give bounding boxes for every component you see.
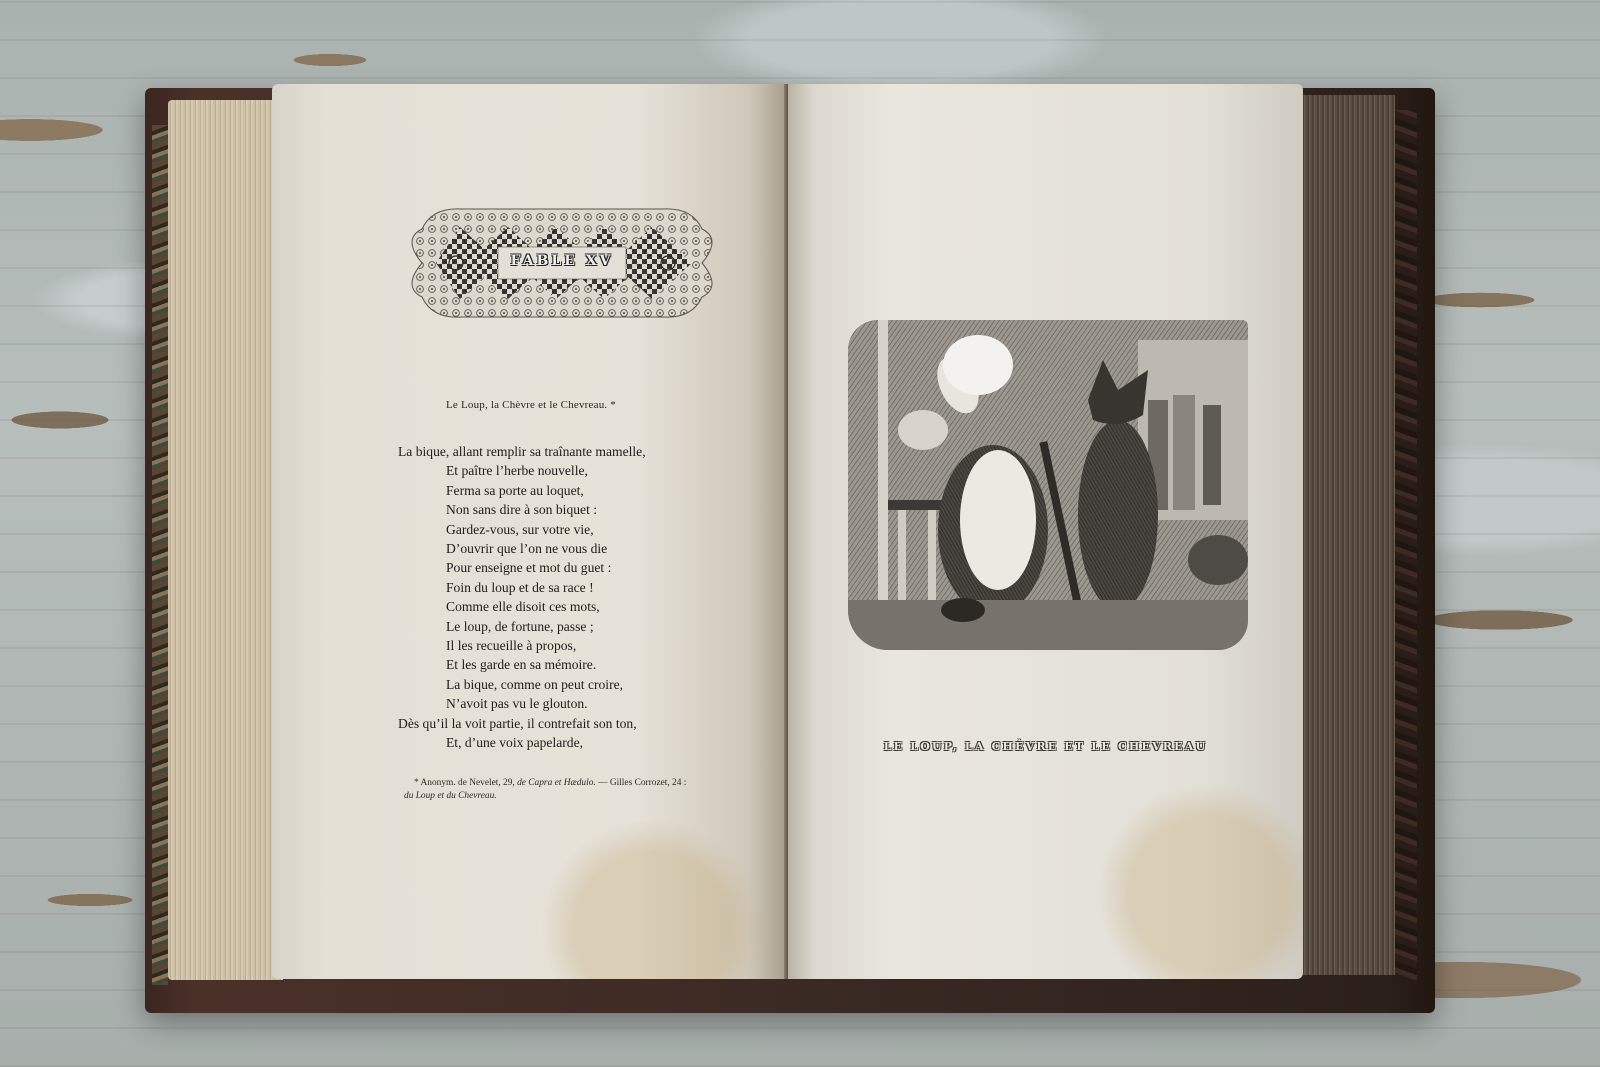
illustration-caption: LE LOUP, LA CHÈVRE ET LE CHEVREAU bbox=[788, 740, 1303, 753]
right-page: LE LOUP, LA CHÈVRE ET LE CHEVREAU bbox=[788, 84, 1303, 979]
poem-line: Ferma sa porte au loquet, bbox=[398, 481, 778, 500]
fable-title: FABLE XV bbox=[402, 253, 722, 269]
poem-line: D’ouvrir que l’on ne vous die bbox=[398, 539, 778, 558]
poem-line: Comme elle disoit ces mots, bbox=[398, 597, 778, 616]
left-page: FABLE XV Le Loup, la Chèvre et le Chevre… bbox=[272, 84, 790, 979]
footnote-italic: du Loup et du Chevreau. bbox=[404, 791, 497, 801]
page-stack-right bbox=[1300, 95, 1395, 975]
poem-line: Gardez-vous, sur votre vie, bbox=[398, 520, 778, 539]
poem-line: Dès qu’il la voit partie, il contrefait … bbox=[398, 714, 778, 733]
page-stack-left bbox=[168, 100, 283, 980]
marbled-edge-left bbox=[152, 125, 168, 985]
footnote-text: * Anonym. de Nevelet, 29, bbox=[414, 778, 517, 788]
poem-line: Non sans dire à son biquet : bbox=[398, 500, 778, 519]
poem-line: Et, d’une voix papelarde, bbox=[398, 733, 778, 752]
footnote-italic: de Capra et Hædulo. bbox=[517, 778, 596, 788]
poem-line: Pour enseigne et mot du guet : bbox=[398, 558, 778, 577]
poem-line: La bique, allant remplir sa traînante ma… bbox=[398, 442, 778, 461]
poem-text: La bique, allant remplir sa traînante ma… bbox=[398, 442, 778, 753]
poem-line: La bique, comme on peut croire, bbox=[398, 675, 778, 694]
poem-line: N’avoit pas vu le glouton. bbox=[398, 694, 778, 713]
poem-line: Foin du loup et de sa race ! bbox=[398, 578, 778, 597]
engraving-illustration bbox=[848, 320, 1248, 650]
lace-ornament-frame: FABLE XV bbox=[402, 199, 722, 327]
poem-line: Et les garde en sa mémoire. bbox=[398, 655, 778, 674]
footnote: * Anonym. de Nevelet, 29, de Capra et Hæ… bbox=[404, 777, 774, 803]
poem-line: Et paître l’herbe nouvelle, bbox=[398, 461, 778, 480]
poem-line: Il les recueille à propos, bbox=[398, 636, 778, 655]
poem-line: Le loup, de fortune, passe ; bbox=[398, 617, 778, 636]
marbled-edge-right bbox=[1395, 110, 1417, 980]
fable-subtitle: Le Loup, la Chèvre et le Chevreau. * bbox=[272, 399, 790, 411]
footnote-text: — Gilles Corrozet, 24 : bbox=[596, 778, 687, 788]
goat-and-wolf-engraving-icon bbox=[848, 320, 1248, 650]
